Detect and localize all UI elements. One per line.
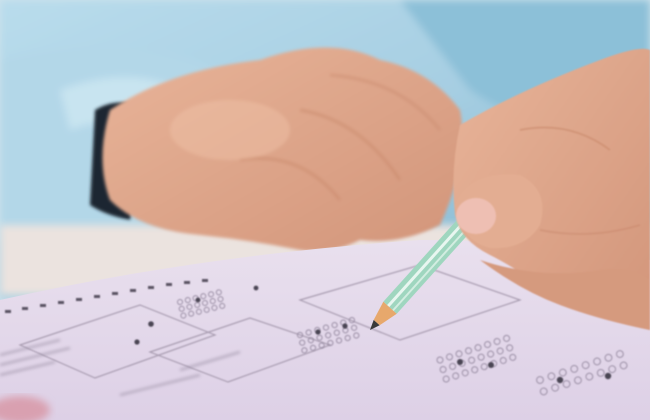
thumbnail [456, 198, 496, 234]
exam-photo [0, 0, 650, 420]
photo-scene [0, 0, 650, 420]
